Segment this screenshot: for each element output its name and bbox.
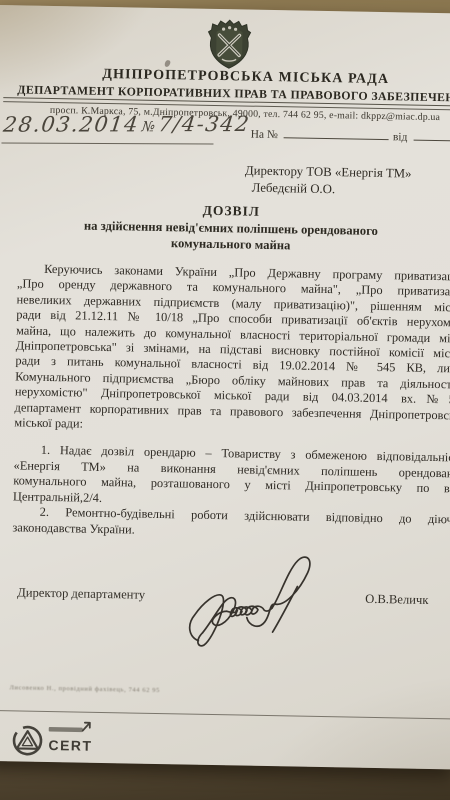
signatory-position: Директор департаменту (17, 585, 145, 602)
cert-label-text: CERT (48, 737, 92, 754)
handwritten-number: 7/4-342 (157, 112, 252, 136)
document-subtitle: на здійснення невід'ємних поліпшень орен… (0, 216, 450, 257)
body-paragraph-2: 1. Надає дозвіл орендарю – Товариству з … (13, 443, 450, 513)
ink-fleck (164, 59, 171, 67)
cert-wordmark-icon: CERT (48, 722, 93, 754)
signatory-name: О.В.Величк (365, 592, 445, 608)
handwritten-underline (1, 143, 213, 145)
signature-ink (184, 549, 356, 662)
document-paper: ДНІПРОПЕТРОВСЬКА МІСЬКА РАДА ДЕПАРТАМЕНТ… (0, 5, 450, 769)
document-body: Керуючись законами України „Про Державну… (12, 261, 450, 543)
cert-circle-triangle-icon (10, 721, 47, 760)
addressee-line2: Лебедєній О.О. (245, 180, 412, 200)
vid-blank-field (413, 129, 450, 142)
vid-label: від (393, 131, 408, 143)
body-paragraph-3: 2. Ремонтно-будівельні роботи здійснюват… (12, 504, 450, 543)
executor-note: Лисовенко Н., провідний фахівець, 744 62… (9, 684, 160, 694)
handwritten-date: 28.03.2014 (2, 112, 140, 136)
cert-mark: CERT (10, 717, 131, 767)
body-paragraph-1: Керуючись законами України „Про Державну… (14, 261, 450, 439)
number-sign: № (141, 119, 156, 135)
handwritten-reference: 28.03.2014№7/4-342 (2, 112, 251, 137)
na-no-label: На № (251, 129, 278, 141)
city-coat-of-arms-icon (206, 18, 253, 71)
document-photo: ДНІПРОПЕТРОВСЬКА МІСЬКА РАДА ДЕПАРТАМЕНТ… (0, 0, 450, 800)
addressee-block: Директору ТОВ «Енергія ТМ» Лебедєній О.О… (245, 163, 412, 200)
incoming-reference-line: На №від (251, 126, 450, 145)
na-no-blank-field (284, 126, 389, 140)
